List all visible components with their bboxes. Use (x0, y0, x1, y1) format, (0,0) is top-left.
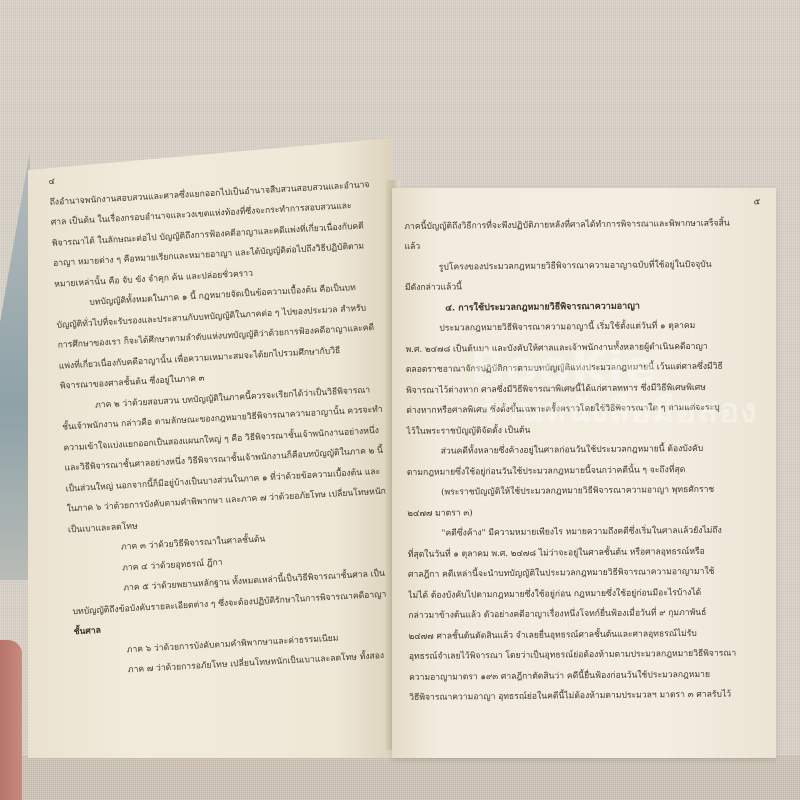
tablecloth-background (0, 755, 800, 800)
text-line: วิธีพิจารณาความอาญา อุทธรณ์ย่อในคดีนี้ไม… (409, 684, 779, 708)
text-line: ตลอดราชอาณาจักรปฏิบัติการตามบทบัญญัติแห่… (406, 356, 776, 380)
book-cover-edge (0, 150, 30, 580)
text-line: ภาคนี้บัญญัติถึงวิธีการที่จะพึงปฏิบัติภา… (404, 213, 774, 237)
left-page-text: ๔ ถึงอำนาจพนักงานสอบสวนและศาลซึ่งแยกออกไ… (48, 153, 416, 684)
text-line: อุทธรณ์จำเลยไว้พิจารณา โดยว่าเป็นอุทธรณ์… (409, 643, 779, 667)
thumb (0, 640, 22, 800)
right-page-text: ๕ ภาคนี้บัญญัติถึงวิธีการที่จะพึงปฏิบัติ… (404, 192, 779, 708)
